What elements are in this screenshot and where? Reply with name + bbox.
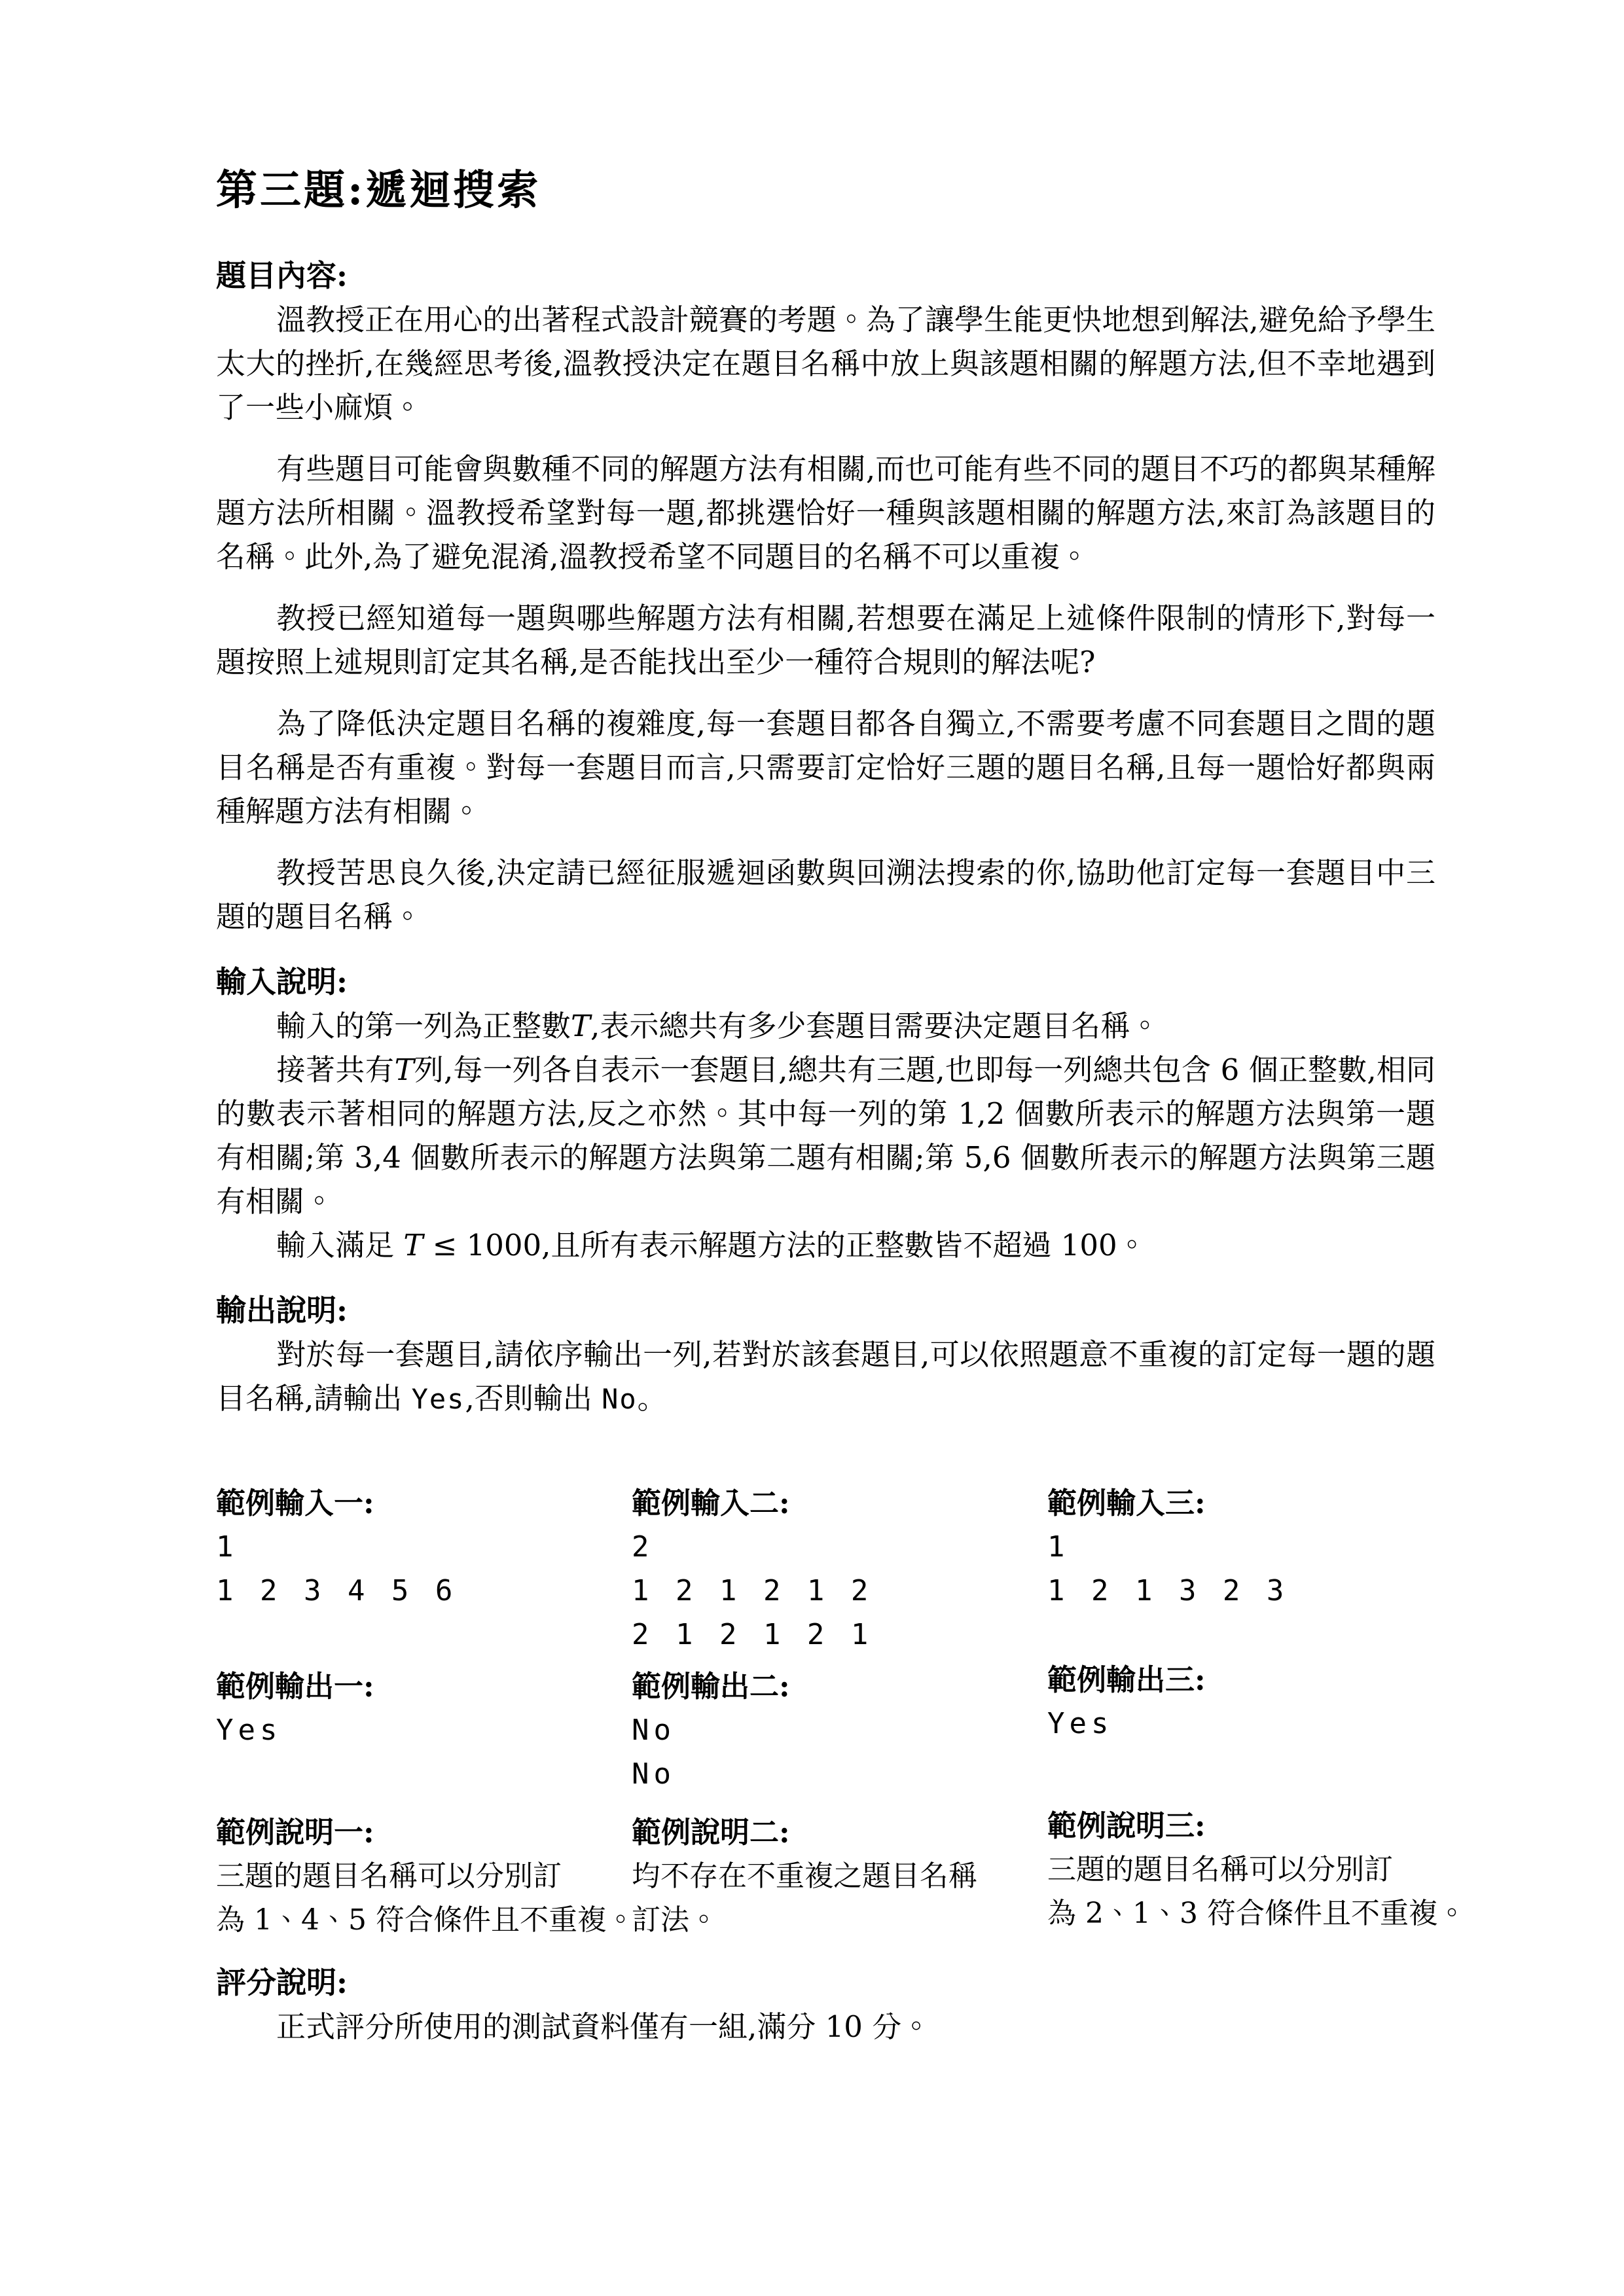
- variable-T: T: [403, 1228, 423, 1263]
- sample-input-3-heading: 範例輸入三:: [1047, 1481, 1435, 1525]
- section-output-spec: 輸出說明: 對於每一套題目,請依序輸出一列,若對於該套題目,可以依照題意不重複的…: [216, 1289, 1435, 1421]
- sample-output-3-heading: 範例輸出三:: [1047, 1658, 1435, 1702]
- input-p3-text: 輸入滿足: [276, 1228, 403, 1263]
- yes-literal: Yes: [412, 1383, 465, 1415]
- sample-note-2: 範例說明二: 均不存在不重複之題目名稱 訂法。: [632, 1810, 1047, 1942]
- output-paragraph-1: 對於每一套題目,請依序輸出一列,若對於該套題目,可以依照題意不重複的訂定每一題的…: [216, 1333, 1435, 1421]
- variable-T: T: [395, 1052, 414, 1087]
- sample-output-3: 範例輸出三: Yes: [1047, 1658, 1435, 1746]
- problem-paragraph-3: 教授已經知道每一題與哪些解題方法有相關,若想要在滿足上述條件限制的情形下,對每一…: [216, 596, 1435, 684]
- sample-input-line: 1: [216, 1525, 632, 1569]
- sample-note-3-heading: 範例說明三:: [1047, 1804, 1466, 1848]
- problem-paragraph-2: 有些題目可能會與數種不同的解題方法有相關,而也可能有些不同的題目不巧的都與某種解…: [216, 447, 1435, 579]
- sample-output-line: Yes: [1047, 1702, 1435, 1746]
- sample-input-line: 1 2 1 2 1 2: [632, 1569, 1047, 1613]
- sample-output-2: 範例輸出二: No No: [632, 1664, 1047, 1796]
- page-content: 第三題:遞迴搜索 題目內容: 溫教授正在用心的出著程式設計競賽的考題。為了讓學生…: [0, 0, 1624, 2049]
- problem-paragraph-4: 為了降低決定題目名稱的複雜度,每一套題目都各自獨立,不需要考慮不同套題目之間的題…: [216, 702, 1435, 833]
- sample-output-line: No: [632, 1752, 1047, 1796]
- sample-input-1-heading: 範例輸入一:: [216, 1481, 632, 1525]
- sample-input-line: 1 2 1 3 2 3: [1047, 1569, 1435, 1613]
- output-p1-text-end: 。: [638, 1381, 667, 1416]
- input-paragraph-3: 輸入滿足 T ≤ 1000,且所有表示解題方法的正整數皆不超過 100。: [216, 1223, 1435, 1267]
- sample-input-line: 2 1 2 1 2 1: [632, 1613, 1047, 1657]
- sample-note-line: 為 2、1、3 符合條件且不重複。: [1047, 1892, 1466, 1935]
- sample-input-2: 範例輸入二: 2 1 2 1 2 1 2 2 1 2 1 2 1: [632, 1481, 1047, 1657]
- problem-heading: 題目內容:: [216, 254, 1435, 298]
- no-literal: No: [602, 1383, 638, 1415]
- page-title: 第三題:遞迴搜索: [216, 164, 1435, 216]
- variable-T: T: [571, 1009, 590, 1043]
- scoring-heading: 評分說明:: [216, 1961, 1435, 2005]
- input-p1-text: 輸入的第一列為正整數: [276, 1009, 571, 1043]
- sample-input-3: 範例輸入三: 1 1 2 1 3 2 3: [1047, 1481, 1435, 1613]
- sample-outputs-row: 範例輸出一: Yes 範例輸出二: No No 範例輸出三: Yes: [216, 1664, 1435, 1796]
- sample-note-line: 訂法。: [632, 1898, 1047, 1942]
- output-p1-text-mid: ,否則輸出: [465, 1381, 602, 1416]
- sample-note-line: 為 1、4、5 符合條件且不重複。: [216, 1898, 632, 1942]
- input-p3-text-rest: ≤ 1000,且所有表示解題方法的正整數皆不超過 100。: [423, 1228, 1146, 1263]
- sample-output-1-heading: 範例輸出一:: [216, 1664, 632, 1708]
- output-p1-text: 對於每一套題目,請依序輸出一列,若對於該套題目,可以依照題意不重複的訂定每一題的…: [216, 1337, 1435, 1416]
- sample-output-line: No: [632, 1708, 1047, 1752]
- sample-output-2-heading: 範例輸出二:: [632, 1664, 1047, 1708]
- sample-note-1-heading: 範例說明一:: [216, 1810, 632, 1854]
- output-heading: 輸出說明:: [216, 1289, 1435, 1333]
- input-paragraph-1: 輸入的第一列為正整數T,表示總共有多少套題目需要決定題目名稱。: [216, 1004, 1435, 1048]
- scoring-paragraph: 正式評分所使用的測試資料僅有一組,滿分 10 分。: [216, 2005, 1435, 2049]
- sample-input-1: 範例輸入一: 1 1 2 3 4 5 6: [216, 1481, 632, 1613]
- sample-notes-row: 範例說明一: 三題的題目名稱可以分別訂 為 1、4、5 符合條件且不重複。 範例…: [216, 1810, 1435, 1942]
- input-p2-text: 接著共有: [276, 1052, 395, 1087]
- sample-note-line: 三題的題目名稱可以分別訂: [216, 1854, 632, 1898]
- problem-paragraph-1: 溫教授正在用心的出著程式設計競賽的考題。為了讓學生能更快地想到解法,避免給予學生…: [216, 298, 1435, 429]
- section-input-spec: 輸入說明: 輸入的第一列為正整數T,表示總共有多少套題目需要決定題目名稱。 接著…: [216, 960, 1435, 1267]
- sample-output-line: Yes: [216, 1708, 632, 1752]
- sample-output-1: 範例輸出一: Yes: [216, 1664, 632, 1752]
- section-problem-description: 題目內容: 溫教授正在用心的出著程式設計競賽的考題。為了讓學生能更快地想到解法,…: [216, 254, 1435, 939]
- sample-input-2-heading: 範例輸入二:: [632, 1481, 1047, 1525]
- sample-input-line: 1: [1047, 1525, 1435, 1569]
- sample-inputs-row: 範例輸入一: 1 1 2 3 4 5 6 範例輸入二: 2 1 2 1 2 1 …: [216, 1481, 1435, 1657]
- sample-note-line: 三題的題目名稱可以分別訂: [1047, 1848, 1466, 1892]
- sample-input-line: 2: [632, 1525, 1047, 1569]
- sample-note-line: 均不存在不重複之題目名稱: [632, 1854, 1047, 1898]
- sample-note-1: 範例說明一: 三題的題目名稱可以分別訂 為 1、4、5 符合條件且不重複。: [216, 1810, 632, 1942]
- sample-input-line: 1 2 3 4 5 6: [216, 1569, 632, 1613]
- input-paragraph-2: 接著共有T列,每一列各自表示一套題目,總共有三題,也即每一列總共包含 6 個正整…: [216, 1048, 1435, 1223]
- input-p1-text-rest: ,表示總共有多少套題目需要決定題目名稱。: [590, 1009, 1159, 1043]
- problem-statement-page: 第三題:遞迴搜索 題目內容: 溫教授正在用心的出著程式設計競賽的考題。為了讓學生…: [0, 0, 1624, 2296]
- problem-paragraph-5: 教授苦思良久後,決定請已經征服遞迴函數與回溯法搜索的你,協助他訂定每一套題目中三…: [216, 851, 1435, 939]
- sample-note-2-heading: 範例說明二:: [632, 1810, 1047, 1854]
- input-heading: 輸入說明:: [216, 960, 1435, 1004]
- section-scoring: 評分說明: 正式評分所使用的測試資料僅有一組,滿分 10 分。: [216, 1961, 1435, 2049]
- sample-note-3: 範例說明三: 三題的題目名稱可以分別訂 為 2、1、3 符合條件且不重複。: [1047, 1804, 1466, 1935]
